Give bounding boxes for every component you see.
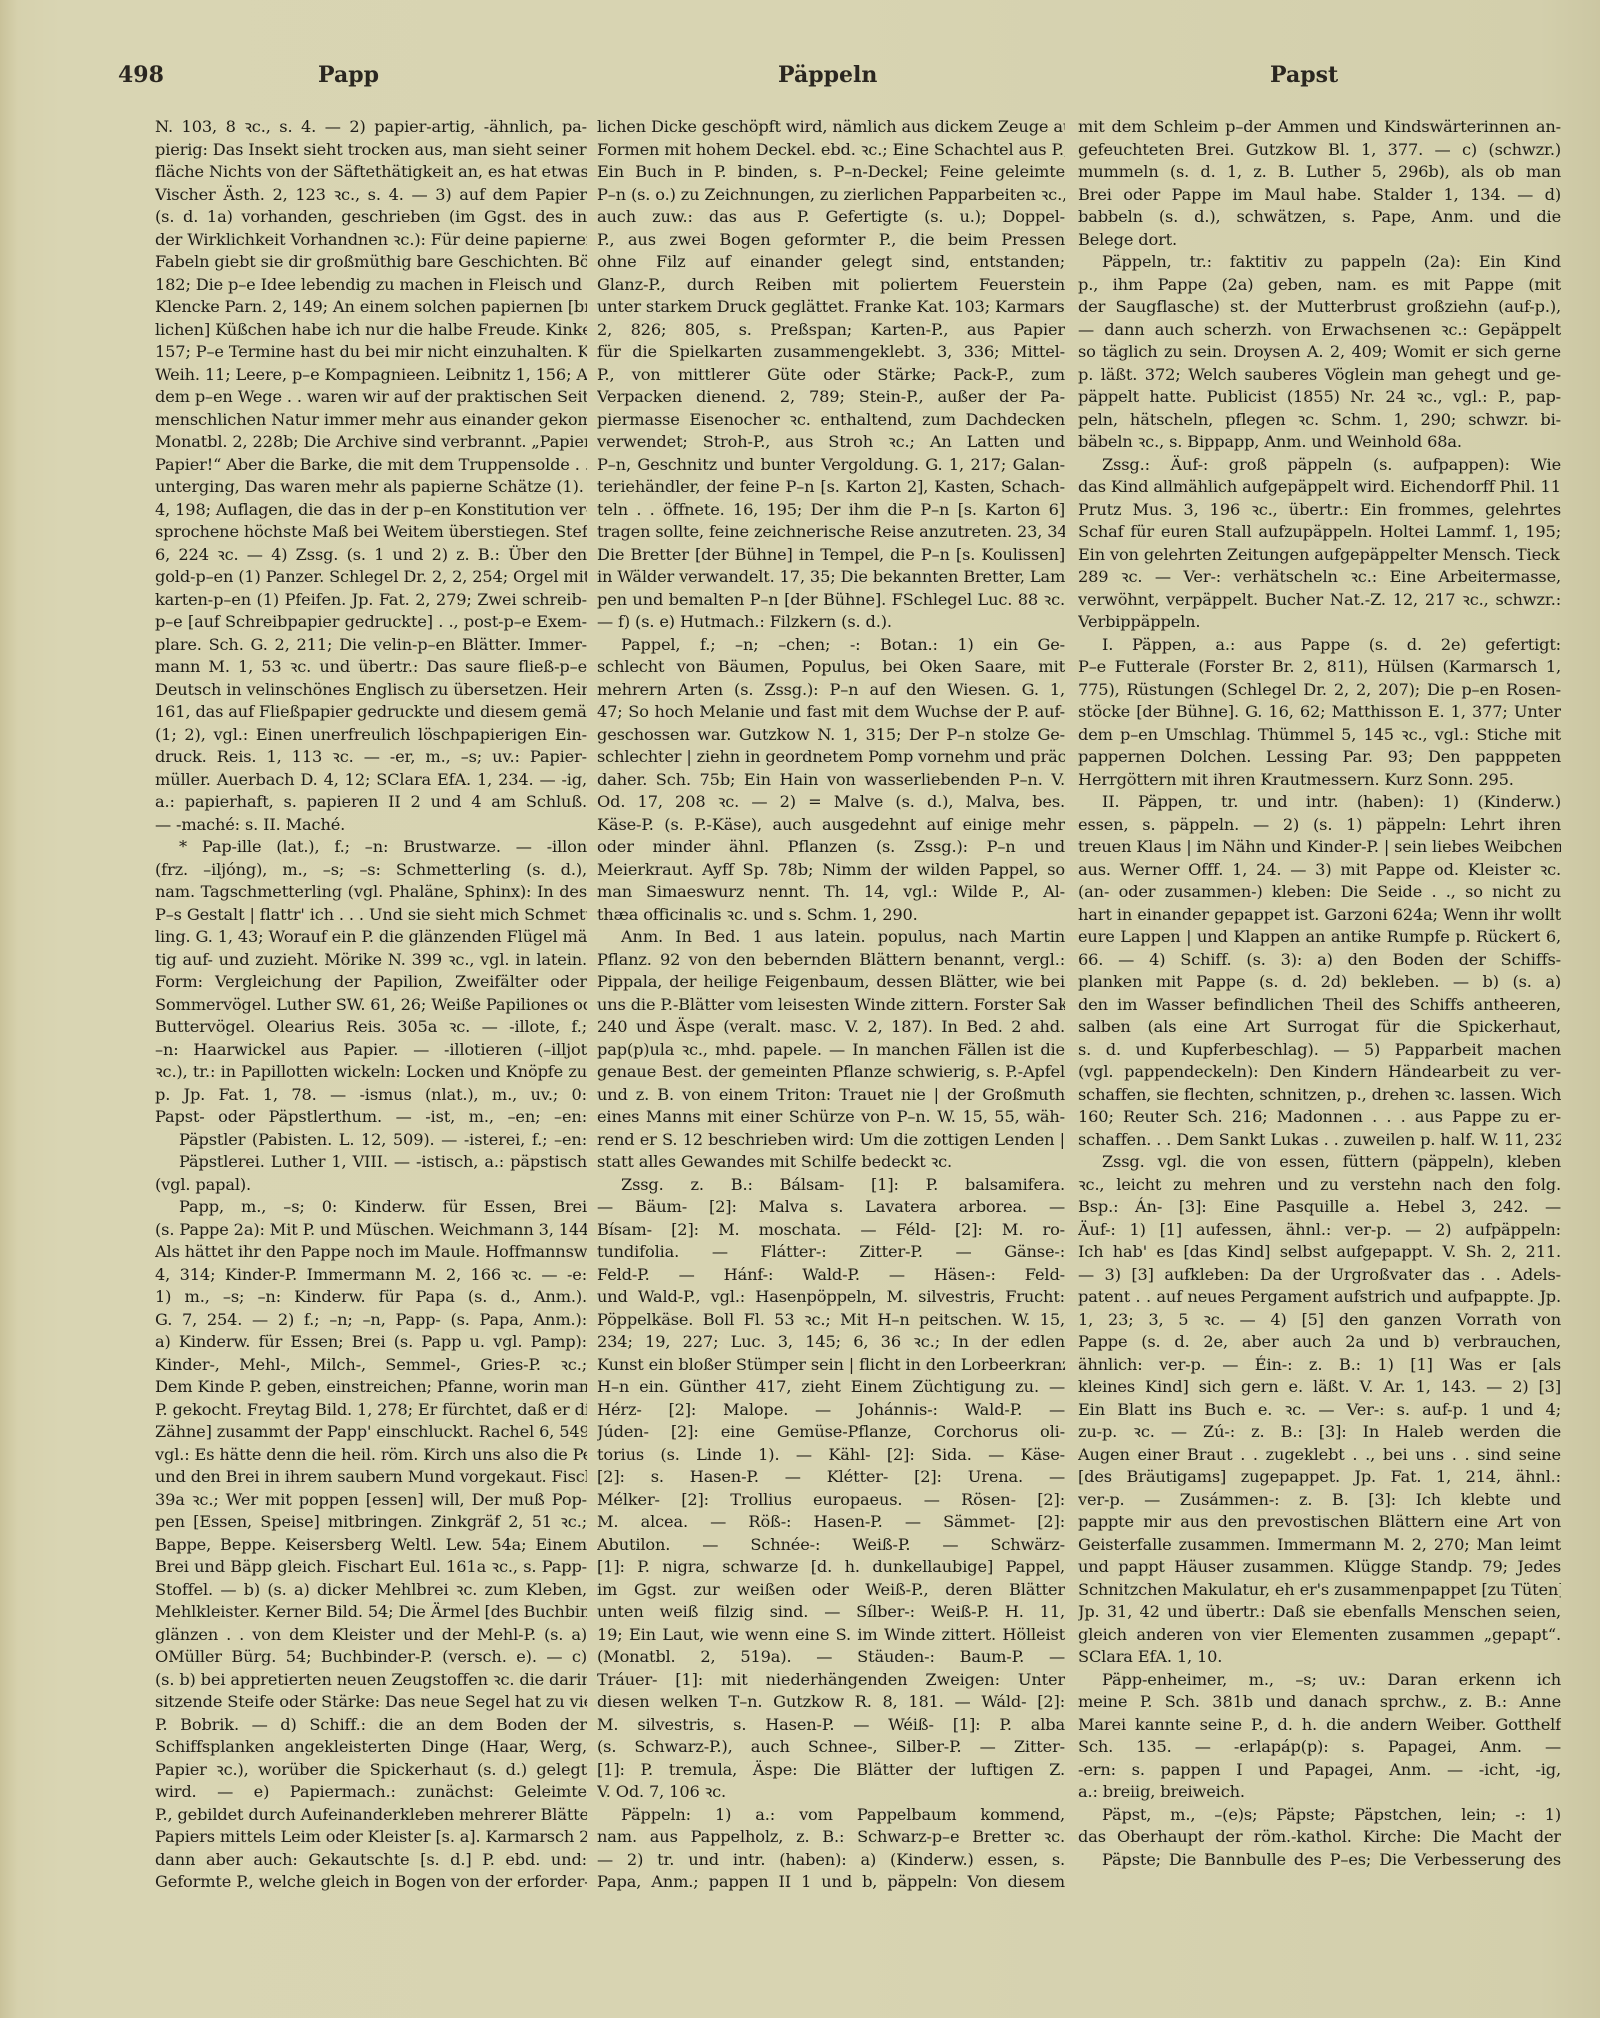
text-line: Ich hab' es [das Kind] selbst aufgepappt… xyxy=(1078,1241,1561,1264)
text-line: Die Bretter [der Bühne] in Tempel, die P… xyxy=(597,544,1065,567)
column-left: N. 103, 8 ꝛc., s. 4. — 2) papier-artig, … xyxy=(155,116,587,1894)
text-line: 1) m., –s; –n: Kinderw. für Papa (s. d.,… xyxy=(155,1286,587,1309)
text-line: und den Brei in ihrem saubern Mund vorge… xyxy=(155,1466,587,1489)
text-line: Augen einer Braut . . zugeklebt . ., bei… xyxy=(1078,1444,1561,1467)
text-line: genaue Best. der gemeinten Pflanze schwi… xyxy=(597,1061,1065,1084)
text-line: lichen Dicke geschöpft wird, nämlich aus… xyxy=(597,116,1065,139)
text-line: nam. Tagschmetterling (vgl. Phaläne, Sph… xyxy=(155,881,587,904)
text-line: Ein von gelehrten Zeitungen aufgepäppelt… xyxy=(1078,544,1561,567)
text-line: lichen] Küßchen habe ich nur die halbe F… xyxy=(155,319,587,342)
text-line: M. silvestris, s. Hasen-P. — Wéiß- [1]: … xyxy=(597,1714,1065,1737)
text-line: pierig: Das Insekt sieht trocken aus, ma… xyxy=(155,139,587,162)
text-line: G. 7, 254. — 2) f.; –n; –n, Papp- (s. Pa… xyxy=(155,1309,587,1332)
text-line: dem p–en Umschlag. Thümmel 5, 145 ꝛc., v… xyxy=(1078,724,1561,747)
text-line: Prutz Mus. 3, 196 ꝛc., übertr.: Ein from… xyxy=(1078,499,1561,522)
column-right: mit dem Schleim p–der Ammen und Kindswär… xyxy=(1078,116,1561,1871)
text-line: uns die P.-Blätter vom leisesten Winde z… xyxy=(597,994,1065,1017)
text-line: für die Spielkarten zusammengeklebt. 3, … xyxy=(597,341,1065,364)
text-line: -ern: s. pappen I und Papagei, Anm. — -i… xyxy=(1078,1759,1561,1782)
text-line: teln . . öffnete. 16, 195; Der ihm die P… xyxy=(597,499,1065,522)
text-line: a) Kinderw. für Essen; Brei (s. Papp u. … xyxy=(155,1331,587,1354)
text-line: Papp, m., –s; 0: Kinderw. für Essen, Bre… xyxy=(155,1196,587,1219)
text-line: p–e [auf Schreibpapier gedruckte] . ., p… xyxy=(155,611,587,634)
text-line: I. Päppen, a.: aus Pappe (s. d. 2e) gefe… xyxy=(1078,634,1561,657)
text-line: V. Od. 7, 106 ꝛc. xyxy=(597,1781,1065,1804)
text-line: tundifolia. — Flátter-: Zitter-P. — Gäns… xyxy=(597,1241,1065,1264)
text-line: so täglich zu sein. Droysen A. 2, 409; W… xyxy=(1078,341,1561,364)
text-line: Mehlkleister. Kerner Bild. 54; Die Ärmel… xyxy=(155,1601,587,1624)
text-line: müller. Auerbach D. 4, 12; SClara EfA. 1… xyxy=(155,769,587,792)
text-line: H–n ein. Günther 417, zieht Einem Züchti… xyxy=(597,1376,1065,1399)
text-line: Hérz- [2]: Malope. — Johánnis-: Wald-P. … xyxy=(597,1399,1065,1422)
text-line: –n: Haarwickel aus Papier. — -illotieren… xyxy=(155,1039,587,1062)
text-line: rend er S. 12 beschrieben wird: Um die z… xyxy=(597,1129,1065,1152)
text-line: P–n (s. o.) zu Zeichnungen, zu zierliche… xyxy=(597,184,1065,207)
text-line: — 3) [3] aufkleben: Da der Urgroßvater d… xyxy=(1078,1264,1561,1287)
text-line: Vischer Ästh. 2, 123 ꝛc., s. 4. — 3) auf… xyxy=(155,184,587,207)
text-line: P. gekocht. Freytag Bild. 1, 278; Er für… xyxy=(155,1399,587,1422)
text-line: Papa, Anm.; pappen II 1 und b, päppeln: … xyxy=(597,1871,1065,1894)
header-left-catchword: Papp xyxy=(318,62,379,88)
text-line: Zssg. z. B.: Bálsam- [1]: P. balsamifera… xyxy=(597,1174,1065,1197)
text-line: — dann auch scherzh. von Erwachsenen ꝛc.… xyxy=(1078,319,1561,342)
text-line: Pappel, f.; –n; –chen; -: Botan.: 1) ein… xyxy=(597,634,1065,657)
text-line: Sommervögel. Luther SW. 61, 26; Weiße Pa… xyxy=(155,994,587,1017)
text-line: sprochene höchste Maß bei Weitem übersti… xyxy=(155,521,587,544)
text-line: Schnitzchen Makulatur, eh er's zusammenp… xyxy=(1078,1579,1561,1602)
text-line: verwendet; Stroh-P., aus Stroh ꝛc.; An L… xyxy=(597,431,1065,454)
text-line: mann M. 1, 53 ꝛc. und übertr.: Das saure… xyxy=(155,656,587,679)
text-line: Zssg. vgl. die von essen, füttern (päppe… xyxy=(1078,1151,1561,1174)
text-line: (vgl. pappendeckeln): Den Kindern Händea… xyxy=(1078,1061,1561,1084)
text-line: 39a ꝛc.; Wer mit poppen [essen] will, De… xyxy=(155,1489,587,1512)
text-line: bäbeln ꝛc., s. Bippapp, Anm. und Weinhol… xyxy=(1078,431,1561,454)
text-line: babbeln (s. d.), schwätzen, s. Pape, Anm… xyxy=(1078,206,1561,229)
text-line: (s. d. 1a) vorhanden, geschrieben (im Gg… xyxy=(155,206,587,229)
text-line: Papiers mittels Leim oder Kleister [s. a… xyxy=(155,1826,587,1849)
text-line: piermasse Eisenocher ꝛc. enthaltend, zum… xyxy=(597,409,1065,432)
text-line: gold-p–en (1) Panzer. Schlegel Dr. 2, 2,… xyxy=(155,566,587,589)
text-line: Júden- [2]: eine Gemüse-Pflanze, Corchor… xyxy=(597,1421,1065,1444)
text-line: pappte mir aus den prevostischen Blätter… xyxy=(1078,1511,1561,1534)
text-line: unten weiß filzig sind. — Sílber-: Weiß-… xyxy=(597,1601,1065,1624)
text-line: Feld-P. — Hánf-: Wald-P. — Häsen-: Feld- xyxy=(597,1264,1065,1287)
text-line: Weih. 11; Leere, p–e Kompagnieen. Leibni… xyxy=(155,364,587,387)
text-line: SClara EfA. 1, 10. xyxy=(1078,1646,1561,1669)
text-line: der Wirklichkeit Vorhandnen ꝛc.): Für de… xyxy=(155,229,587,252)
text-line: gefeuchteten Brei. Gutzkow Bl. 1, 377. —… xyxy=(1078,139,1561,162)
text-line: und pappt Häuser zusammen. Klügge Standp… xyxy=(1078,1556,1561,1579)
text-line: Schaf für euren Stall aufzupäppeln. Holt… xyxy=(1078,521,1561,544)
text-line: Mélker- [2]: Trollius europaeus. — Rösen… xyxy=(597,1489,1065,1512)
text-line: M. alcea. — Röß-: Hasen-P. — Sämmet- [2]… xyxy=(597,1511,1065,1534)
text-line: Brei und Bäpp gleich. Fischart Eul. 161a… xyxy=(155,1556,587,1579)
text-line: 1, 23; 3, 5 ꝛc. — 4) [5] den ganzen Vorr… xyxy=(1078,1309,1561,1332)
text-line: Belege dort. xyxy=(1078,229,1561,252)
text-line: Päpstlerei. Luther 1, VIII. — -istisch, … xyxy=(155,1151,587,1174)
text-line: OMüller Bürg. 54; Buchbinder-P. (versch.… xyxy=(155,1646,587,1669)
text-line: ꝛc.), tr.: in Papillotten wickeln: Locke… xyxy=(155,1061,587,1084)
text-line: nam. aus Pappelholz, z. B.: Schwarz-p–e … xyxy=(597,1826,1065,1849)
text-line: ähnlich: ver-p. — Éin-: z. B.: 1) [1] Wa… xyxy=(1078,1354,1561,1377)
text-line: P., von mittlerer Güte oder Stärke; Pack… xyxy=(597,364,1065,387)
text-line: tragen sollte, feine zeichnerische Reise… xyxy=(597,521,1065,544)
text-line: II. Päppen, tr. und intr. (haben): 1) (K… xyxy=(1078,791,1561,814)
text-line: unter starkem Druck geglättet. Franke Ka… xyxy=(597,296,1065,319)
text-line: sitzende Steife oder Stärke: Das neue Se… xyxy=(155,1691,587,1714)
text-line: Formen mit hohem Deckel. ebd. ꝛc.; Eine … xyxy=(597,139,1065,162)
text-line: eines Manns mit einer Schürze von P–n. W… xyxy=(597,1106,1065,1129)
text-line: Verpacken dienend. 2, 789; Stein-P., auß… xyxy=(597,386,1065,409)
text-line: 161, das auf Fließpapier gedruckte und d… xyxy=(155,701,587,724)
text-line: statt alles Gewandes mit Schilfe bedeckt… xyxy=(597,1151,1065,1174)
text-line: vgl.: Es hätte denn die heil. röm. Kirch… xyxy=(155,1444,587,1467)
text-line: auch zuw.: das aus P. Gefertigte (s. u.)… xyxy=(597,206,1065,229)
text-line: p. Jp. Fat. 1, 78. — -ismus (nlat.), m.,… xyxy=(155,1084,587,1107)
text-line: Käse-P. (s. P.-Käse), auch ausgedehnt au… xyxy=(597,814,1065,837)
text-line: Päpstler (Pabisten. L. 12, 509). — -iste… xyxy=(155,1129,587,1152)
text-line: Buttervögel. Olearius Reis. 305a ꝛc. — -… xyxy=(155,1016,587,1039)
text-line: pen und bemalten P–n [der Bühne]. FSchle… xyxy=(597,589,1065,612)
running-head: 498 Papp Päppeln Papst xyxy=(0,62,1600,92)
text-line: in Wälder verwandelt. 17, 35; Die bekann… xyxy=(597,566,1065,589)
text-line: 2, 826; 805, s. Preßspan; Karten-P., aus… xyxy=(597,319,1065,342)
text-line: Jp. 31, 42 und übertr.: Daß sie ebenfall… xyxy=(1078,1601,1561,1624)
text-line: Sch. 135. — -erlapáp(p): s. Papagei, Anm… xyxy=(1078,1736,1561,1759)
text-line: Tráuer- [1]: mit niederhängenden Zweigen… xyxy=(597,1669,1065,1692)
text-line: Päpste; Die Bannbulle des P–es; Die Verb… xyxy=(1078,1849,1561,1872)
text-line: (an- oder zusammen-) kleben: Die Seide .… xyxy=(1078,881,1561,904)
text-line: Äuf-: 1) [1] aufessen, ähnl.: ver-p. — 2… xyxy=(1078,1219,1561,1242)
text-line: oder minder ähnl. Pflanzen (s. Zssg.): P… xyxy=(597,836,1065,859)
text-line: dann aber auch: Gekautschte [s. d.] P. e… xyxy=(155,1849,587,1872)
text-line: 289 ꝛc. — Ver-: verhätscheln ꝛc.: Eine A… xyxy=(1078,566,1561,589)
text-line: Papst- oder Päpstlerthum. — -ist, m., –e… xyxy=(155,1106,587,1129)
text-line: Pöppelkäse. Boll Fl. 53 ꝛc.; Mit H–n pei… xyxy=(597,1309,1065,1332)
text-line: dem p–en Wege . . waren wir auf der prak… xyxy=(155,386,587,409)
text-line: unterging, Das waren mehr als papierne S… xyxy=(155,476,587,499)
text-line: thæa officinalis ꝛc. und s. Schm. 1, 290… xyxy=(597,904,1065,927)
text-line: P., gebildet durch Aufeinanderkleben meh… xyxy=(155,1804,587,1827)
text-line: schlecht von Bäumen, Populus, bei Oken S… xyxy=(597,656,1065,679)
text-line: ver-p. — Zusámmen-: z. B. [3]: Ich klebt… xyxy=(1078,1489,1561,1512)
text-line: [2]: s. Hasen-P. — Klétter- [2]: Urena. … xyxy=(597,1466,1065,1489)
text-line: Kinder-, Mehl-, Milch-, Semmel-, Gries-P… xyxy=(155,1354,587,1377)
header-right-catchword: Papst xyxy=(1270,62,1338,88)
column-middle: lichen Dicke geschöpft wird, nämlich aus… xyxy=(597,116,1065,1894)
text-line: im Ggst. zur weißen oder Weiß-P., deren … xyxy=(597,1579,1065,1602)
text-line: [1]: P. tremula, Äspe: Die Blätter der l… xyxy=(597,1759,1065,1782)
text-line: — f) (s. e) Hutmach.: Filzkern (s. d.). xyxy=(597,611,1065,634)
text-line: geschossen war. Gutzkow N. 1, 315; Der P… xyxy=(597,724,1065,747)
text-line: Als hättet ihr den Pappe noch im Maule. … xyxy=(155,1241,587,1264)
text-line: Dem Kinde P. geben, einstreichen; Pfanne… xyxy=(155,1376,587,1399)
text-line: P., aus zwei Bogen geformter P., die bei… xyxy=(597,229,1065,252)
text-line: Pflanz. 92 von den bebernden Blättern be… xyxy=(597,949,1065,972)
text-line: Geisterfalle zusammen. Immermann M. 2, 2… xyxy=(1078,1534,1561,1557)
text-line: Päppeln, tr.: faktitiv zu pappeln (2a): … xyxy=(1078,251,1561,274)
page-number: 498 xyxy=(118,62,164,88)
text-line: 160; Reuter Sch. 216; Madonnen . . . aus… xyxy=(1078,1106,1561,1129)
text-line: (1; 2), vgl.: Einen unerfreulich löschpa… xyxy=(155,724,587,747)
text-line: 775), Rüstungen (Schlegel Dr. 2, 2, 207)… xyxy=(1078,679,1561,702)
text-line: Fabeln giebt sie dir großmüthig bare Ges… xyxy=(155,251,587,274)
text-line: das Oberhaupt der röm.-kathol. Kirche: D… xyxy=(1078,1826,1561,1849)
text-line: (s. b) bei appretierten neuen Zeugstoffe… xyxy=(155,1669,587,1692)
text-line: glänzen . . von dem Kleister und der Meh… xyxy=(155,1624,587,1647)
text-line: pap(p)ula ꝛc., mhd. papele. — In manchen… xyxy=(597,1039,1065,1062)
text-line: ling. G. 1, 43; Worauf ein P. die glänze… xyxy=(155,926,587,949)
text-line: verwöhnt, verpäppelt. Bucher Nat.-Z. 12,… xyxy=(1078,589,1561,612)
text-line: (frz. –iljóng), m., –s; –s: Schmetterlin… xyxy=(155,859,587,882)
text-line: 4, 314; Kinder-P. Immermann M. 2, 166 ꝛc… xyxy=(155,1264,587,1287)
text-line: Herrgöttern mit ihren Krautmessern. Kurz… xyxy=(1078,769,1561,792)
text-line: P–n, Geschnitz und bunter Vergoldung. G.… xyxy=(597,454,1065,477)
text-line: gleich anderen von vier Elementen zusamm… xyxy=(1078,1624,1561,1647)
text-line: 240 und Äspe (veralt. masc. V. 2, 187). … xyxy=(597,1016,1065,1039)
text-line: Form: Vergleichung der Papilion, Zweifäl… xyxy=(155,971,587,994)
text-line: salben (als eine Art Surrogat für die Sp… xyxy=(1078,1016,1561,1039)
text-line: daher. Sch. 75b; Ein Hain von wasserlieb… xyxy=(597,769,1065,792)
text-line: Brei oder Pappe im Maul habe. Stalder 1,… xyxy=(1078,184,1561,207)
text-line: schaffen, sie flechten, schnitzen, p., d… xyxy=(1078,1084,1561,1107)
text-line: man Simaeswurz nennt. Th. 14, vgl.: Wild… xyxy=(597,881,1065,904)
text-line: s. d. und Kupferbeschlag). — 5) Papparbe… xyxy=(1078,1039,1561,1062)
text-line: stöcke [der Bühne]. G. 16, 62; Matthisso… xyxy=(1078,701,1561,724)
text-line: schlechter | ziehn in geordnetem Pomp vo… xyxy=(597,746,1065,769)
text-line: kleines Kind] sich gern e. läßt. V. Ar. … xyxy=(1078,1376,1561,1399)
text-line: Monatbl. 2, 228b; Die Archive sind verbr… xyxy=(155,431,587,454)
text-line: und z. B. von einem Triton: Trauet nie |… xyxy=(597,1084,1065,1107)
text-line: pappernen Dolchen. Lessing Par. 93; Den … xyxy=(1078,746,1561,769)
text-line: und Wald-P., vgl.: Hasenpöppeln, M. silv… xyxy=(597,1286,1065,1309)
text-line: essen, s. päppeln. — 2) (s. 1) päppeln: … xyxy=(1078,814,1561,837)
text-line: eure Lappen | und Klappen an antike Rump… xyxy=(1078,926,1561,949)
text-line: Abutilon. — Schnée-: Weiß-P. — Schwärz- xyxy=(597,1534,1065,1557)
text-line: ohne Filz auf einander gelegt sind, ents… xyxy=(597,251,1065,274)
text-line: a.: papierhaft, s. papieren II 2 und 4 a… xyxy=(155,791,587,814)
text-line: (s. Pappe 2a): Mit P. und Müschen. Weich… xyxy=(155,1219,587,1242)
text-line: 66. — 4) Schiff. (s. 3): a) den Boden de… xyxy=(1078,949,1561,972)
text-line: diesen welken T–n. Gutzkow R. 8, 181. — … xyxy=(597,1691,1065,1714)
text-line: hart in einander gepappet ist. Garzoni 6… xyxy=(1078,904,1561,927)
text-line: p. läßt. 372; Welch sauberes Vöglein man… xyxy=(1078,364,1561,387)
text-line: menschlichen Natur immer mehr aus einand… xyxy=(155,409,587,432)
text-line: Verbippäppeln. xyxy=(1078,611,1561,634)
text-line: peln, hätscheln, pflegen ꝛc. Schm. 1, 29… xyxy=(1078,409,1561,432)
text-line: 6, 224 ꝛc. — 4) Zssg. (s. 1 und 2) z. B.… xyxy=(155,544,587,567)
text-line: — -maché: s. II. Maché. xyxy=(155,814,587,837)
text-line: mummeln (s. d. 1, z. B. Luther 5, 296b),… xyxy=(1078,161,1561,184)
text-line: das Kind allmählich aufgepäppelt wird. E… xyxy=(1078,476,1561,499)
text-line: Bappe, Beppe. Keisersberg Weltl. Lew. 54… xyxy=(155,1534,587,1557)
text-line: mit dem Schleim p–der Ammen und Kindswär… xyxy=(1078,116,1561,139)
text-line: 47; So hoch Melanie und fast mit dem Wuc… xyxy=(597,701,1065,724)
text-line: pen [Essen, Speise] mitbringen. Zinkgräf… xyxy=(155,1511,587,1534)
text-line: aus. Werner Offf. 1, 24. — 3) mit Pappe … xyxy=(1078,859,1561,882)
text-line: schaffen. . . Dem Sankt Lukas . . zuweil… xyxy=(1078,1129,1561,1152)
text-line: treuen Klaus | im Nähn und Kinder-P. | s… xyxy=(1078,836,1561,859)
text-line: plare. Sch. G. 2, 211; Die velin-p–en Bl… xyxy=(155,634,587,657)
text-line: patent . . auf neues Pergament aufstrich… xyxy=(1078,1286,1561,1309)
text-line: mehrern Arten (s. Zssg.): P–n auf den Wi… xyxy=(597,679,1065,702)
text-line: (s. Schwarz-P.), auch Schnee-, Silber-P.… xyxy=(597,1736,1065,1759)
text-line: — Bäum- [2]: Malva s. Lavatera arborea. … xyxy=(597,1196,1065,1219)
text-line: Pappe (s. d. 2e, aber auch 2a und b) ver… xyxy=(1078,1331,1561,1354)
text-line: fläche Nichts von der Säftethätigkeit an… xyxy=(155,161,587,184)
text-line: Anm. In Bed. 1 aus latein. populus, nach… xyxy=(597,926,1065,949)
text-line: Päpst, m., –(e)s; Päpste; Päpstchen, lei… xyxy=(1078,1804,1561,1827)
text-line: 157; P–e Termine hast du bei mir nicht e… xyxy=(155,341,587,364)
text-line: Päppeln: 1) a.: vom Pappelbaum kommend, xyxy=(597,1804,1065,1827)
text-line: Marei kannte seine P., d. h. die andern … xyxy=(1078,1714,1561,1737)
text-line: planken mit Pappe (s. d. 2d) bekleben. —… xyxy=(1078,971,1561,994)
text-line: a.: breiig, breiweich. xyxy=(1078,1781,1561,1804)
text-line: Deutsch in velinschönes Englisch zu über… xyxy=(155,679,587,702)
text-line: 4, 198; Auflagen, die das in der p–en Ko… xyxy=(155,499,587,522)
text-line: — 2) tr. und intr. (haben): a) (Kinderw.… xyxy=(597,1849,1065,1872)
text-line: päppelt hatte. Publicist (1855) Nr. 24 ꝛ… xyxy=(1078,386,1561,409)
text-line: Bsp.: Án- [3]: Eine Pasquille a. Hebel 3… xyxy=(1078,1196,1561,1219)
text-line: Schiffsplanken angekleisterten Dinge (Ha… xyxy=(155,1736,587,1759)
text-line: Od. 17, 208 ꝛc. — 2) = Malve (s. d.), Ma… xyxy=(597,791,1065,814)
text-line: Papier!“ Aber die Barke, die mit dem Tru… xyxy=(155,454,587,477)
text-line: den im Wasser befindlichen Theil des Sch… xyxy=(1078,994,1561,1017)
text-line: Stoffel. — b) (s. a) dicker Mehlbrei ꝛc.… xyxy=(155,1579,587,1602)
text-line: P–e Futterale (Forster Br. 2, 811), Hüls… xyxy=(1078,656,1561,679)
text-line: Bísam- [2]: M. moschata. — Féld- [2]: M.… xyxy=(597,1219,1065,1242)
text-line: torius (s. Linde 1). — Kähl- [2]: Sida. … xyxy=(597,1444,1065,1467)
text-line: (vgl. papal). xyxy=(155,1174,587,1197)
text-line: wird. — e) Papiermach.: zunächst: Geleim… xyxy=(155,1781,587,1804)
text-line: 182; Die p–e Idee lebendig zu machen in … xyxy=(155,274,587,297)
text-line: druck. Reis. 1, 113 ꝛc. — -er, m., –s; u… xyxy=(155,746,587,769)
text-line: p., ihm Pappe (2a) geben, nam. es mit Pa… xyxy=(1078,274,1561,297)
text-line: Glanz-P., durch Reiben mit poliertem Feu… xyxy=(597,274,1065,297)
text-line: tig auf- und zuzieht. Mörike N. 399 ꝛc.,… xyxy=(155,949,587,972)
text-line: N. 103, 8 ꝛc., s. 4. — 2) papier-artig, … xyxy=(155,116,587,139)
text-line: 19; Ein Laut, wie wenn eine S. im Winde … xyxy=(597,1624,1065,1647)
text-line: Zähne] zusammt der Papp' einschluckt. Ra… xyxy=(155,1421,587,1444)
text-line: zu-p. ꝛc. — Zú-: z. B.: [3]: In Haleb we… xyxy=(1078,1421,1561,1444)
text-line: Ein Blatt ins Buch e. ꝛc. — Ver-: s. auf… xyxy=(1078,1399,1561,1422)
text-line: Geformte P., welche gleich in Bogen von … xyxy=(155,1871,587,1894)
text-line: P–s Gestalt | flattr' ich . . . Und sie … xyxy=(155,904,587,927)
header-center-catchword: Päppeln xyxy=(778,62,877,88)
text-line: P. Bobrik. — d) Schiff.: die an dem Bode… xyxy=(155,1714,587,1737)
text-line: Zssg.: Äuf-: groß päppeln (s. aufpappen)… xyxy=(1078,454,1561,477)
text-line: * Pap-ille (lat.), f.; –n: Brustwarze. —… xyxy=(155,836,587,859)
text-line: Päpp-enheimer, m., –s; uv.: Daran erkenn… xyxy=(1078,1669,1561,1692)
text-line: Klencke Parn. 2, 149; An einem solchen p… xyxy=(155,296,587,319)
text-line: [1]: P. nigra, schwarze [d. h. dunkellau… xyxy=(597,1556,1065,1579)
text-line: Kunst ein bloßer Stümper sein | flicht i… xyxy=(597,1354,1065,1377)
text-line: Papier ꝛc.), worüber die Spickerhaut (s.… xyxy=(155,1759,587,1782)
text-line: Meierkraut. Ayff Sp. 78b; Nimm der wilde… xyxy=(597,859,1065,882)
text-line: [des Bräutigams] zugepappet. Jp. Fat. 1,… xyxy=(1078,1466,1561,1489)
text-line: 234; 19, 227; Luc. 3, 145; 6, 36 ꝛc.; In… xyxy=(597,1331,1065,1354)
text-line: karten-p–en (1) Pfeifen. Jp. Fat. 2, 279… xyxy=(155,589,587,612)
text-line: ꝛc., leicht zu mehren und zu verstehn na… xyxy=(1078,1174,1561,1197)
text-line: teriehändler, der feine P–n [s. Karton 2… xyxy=(597,476,1065,499)
text-line: Ein Buch in P. binden, s. P–n-Deckel; Fe… xyxy=(597,161,1065,184)
text-line: (Monatbl. 2, 519a). — Stäuden-: Baum-P. … xyxy=(597,1646,1065,1669)
text-line: der Saugflasche) st. der Mutterbrust gro… xyxy=(1078,296,1561,319)
text-line: meine P. Sch. 381b und danach sprchw., z… xyxy=(1078,1691,1561,1714)
text-line: Pippala, der heilige Feigenbaum, dessen … xyxy=(597,971,1065,994)
